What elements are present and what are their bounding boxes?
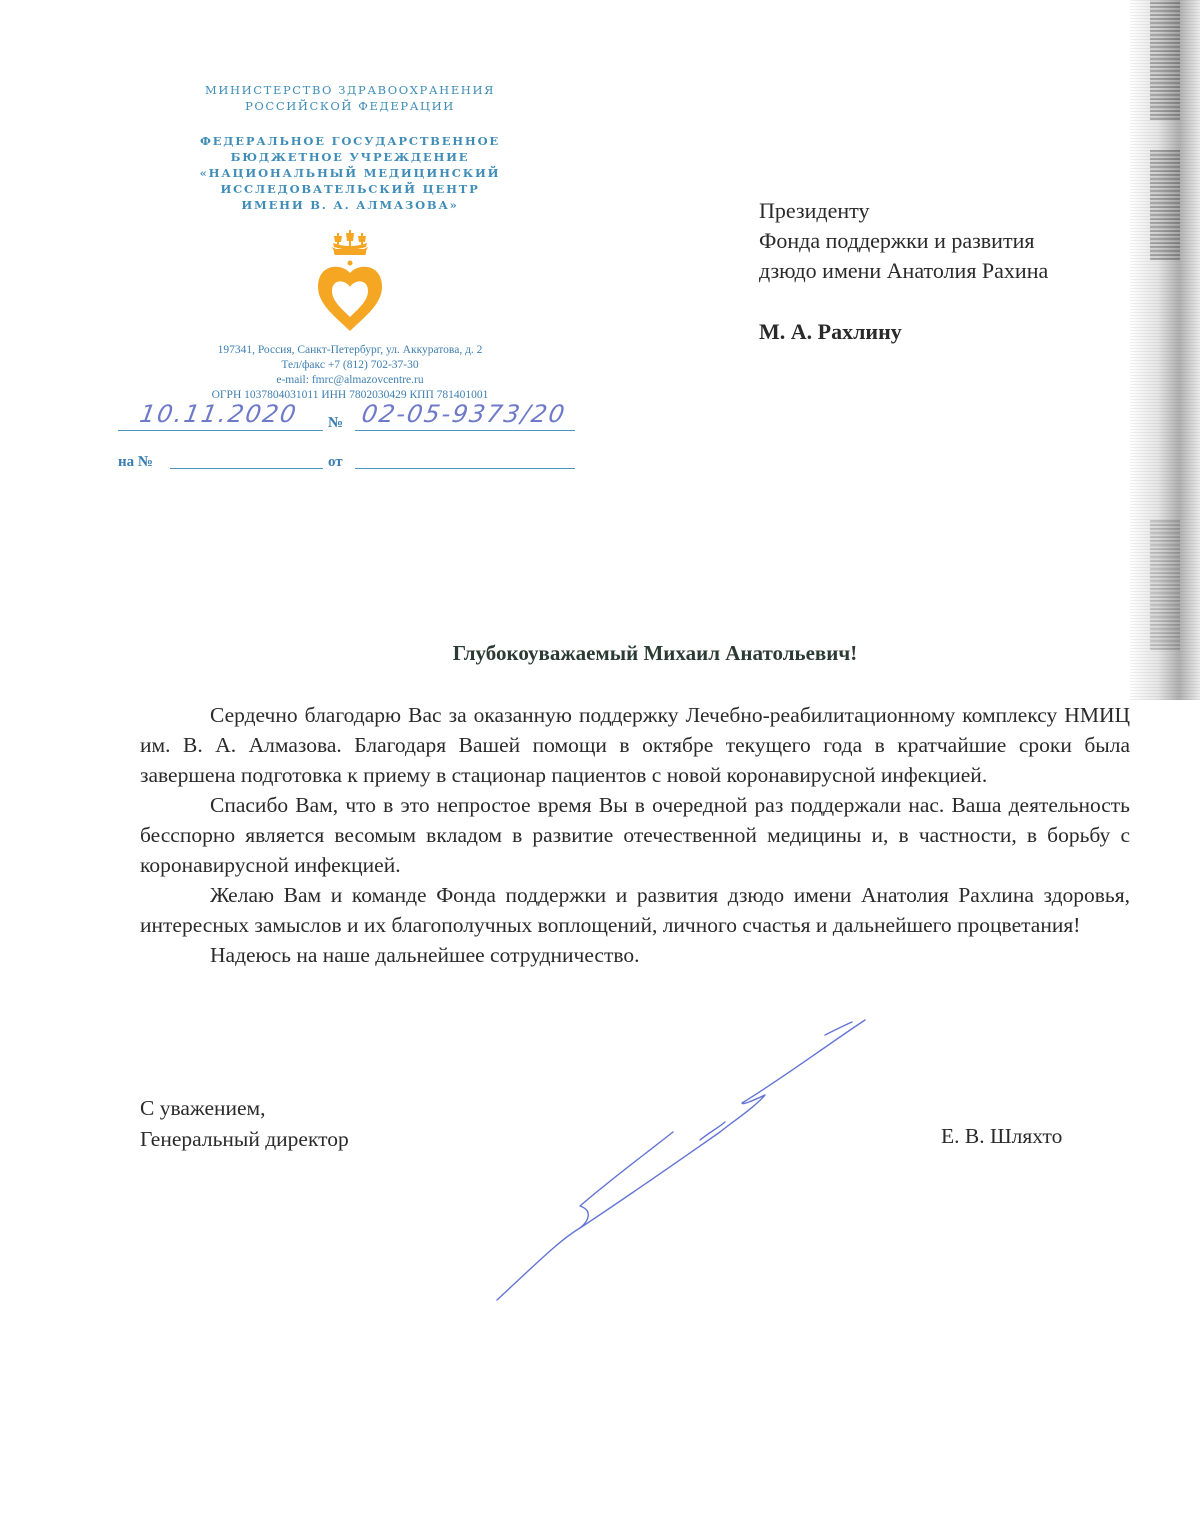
- ref-number-underline: [170, 468, 323, 469]
- number-underline: [355, 430, 575, 431]
- addressee-name: М. А. Рахлину: [759, 317, 1048, 347]
- org-line: «НАЦИОНАЛЬНЫЙ МЕДИЦИНСКИЙ: [150, 165, 550, 181]
- contact-info: 197341, Россия, Санкт-Петербург, ул. Акк…: [150, 343, 550, 403]
- scanner-noise-dark: [1150, 0, 1180, 120]
- org-line: БЮДЖЕТНОЕ УЧРЕЖДЕНИЕ: [150, 149, 550, 165]
- letterhead: МИНИСТЕРСТВО ЗДРАВООХРАНЕНИЯ РОССИЙСКОЙ …: [150, 82, 550, 403]
- ministry-line: РОССИЙСКОЙ ФЕДЕРАЦИИ: [150, 98, 550, 114]
- greeting: Глубокоуважаемый Михаил Анатольевич!: [0, 641, 1200, 666]
- body-paragraph: Спасибо Вам, что в это непростое время В…: [140, 790, 1130, 880]
- scanner-noise-dark: [1150, 520, 1180, 650]
- org-line: ФЕДЕРАЛЬНОЕ ГОСУДАРСТВЕННОЕ: [150, 133, 550, 149]
- scanner-noise-dark: [1150, 150, 1180, 260]
- email: e-mail: fmrc@almazovcentre.ru: [150, 373, 550, 388]
- org-line: ИССЛЕДОВАТЕЛЬСКИЙ ЦЕНТР: [150, 181, 550, 197]
- heart-crown-ship-logo-icon: [310, 227, 390, 337]
- organization-name: ФЕДЕРАЛЬНОЕ ГОСУДАРСТВЕННОЕ БЮДЖЕТНОЕ УЧ…: [150, 133, 550, 213]
- number-label: №: [328, 415, 343, 432]
- addressee-block: Президенту Фонда поддержки и развития дз…: [759, 196, 1048, 347]
- registration-date: 10.11.2020: [138, 400, 300, 428]
- body-paragraph: Сердечно благодарю Вас за оказанную подд…: [140, 700, 1130, 790]
- ref-date-label: от: [328, 454, 343, 471]
- body-paragraph: Желаю Вам и команде Фонда поддержки и ра…: [140, 880, 1130, 940]
- handwritten-signature-icon: [480, 1010, 880, 1310]
- addressee-organization: Фонда поддержки и развития: [759, 226, 1048, 256]
- ref-number-label: на №: [118, 454, 153, 471]
- phone: Тел/факс +7 (812) 702-37-30: [150, 358, 550, 373]
- addressee-title: Президенту: [759, 196, 1048, 226]
- closing-block: С уважением, Генеральный директор: [140, 1093, 349, 1155]
- registration-number: 02-05-9373/20: [360, 400, 569, 428]
- date-underline: [118, 430, 323, 431]
- signer-name: Е. В. Шляхто: [941, 1124, 1062, 1149]
- body-paragraph: Надеюсь на наше дальнейшее сотрудничеств…: [140, 940, 1130, 970]
- ref-date-underline: [355, 468, 575, 469]
- address: 197341, Россия, Санкт-Петербург, ул. Акк…: [150, 343, 550, 358]
- letter-body: Сердечно благодарю Вас за оказанную подд…: [140, 700, 1130, 970]
- closing-salutation: С уважением,: [140, 1093, 349, 1124]
- signer-position: Генеральный директор: [140, 1124, 349, 1155]
- ministry-line: МИНИСТЕРСТВО ЗДРАВООХРАНЕНИЯ: [150, 82, 550, 98]
- ministry-name: МИНИСТЕРСТВО ЗДРАВООХРАНЕНИЯ РОССИЙСКОЙ …: [150, 82, 550, 114]
- addressee-organization: дзюдо имени Анатолия Рахина: [759, 256, 1048, 286]
- org-line: ИМЕНИ В. А. АЛМАЗОВА»: [150, 197, 550, 213]
